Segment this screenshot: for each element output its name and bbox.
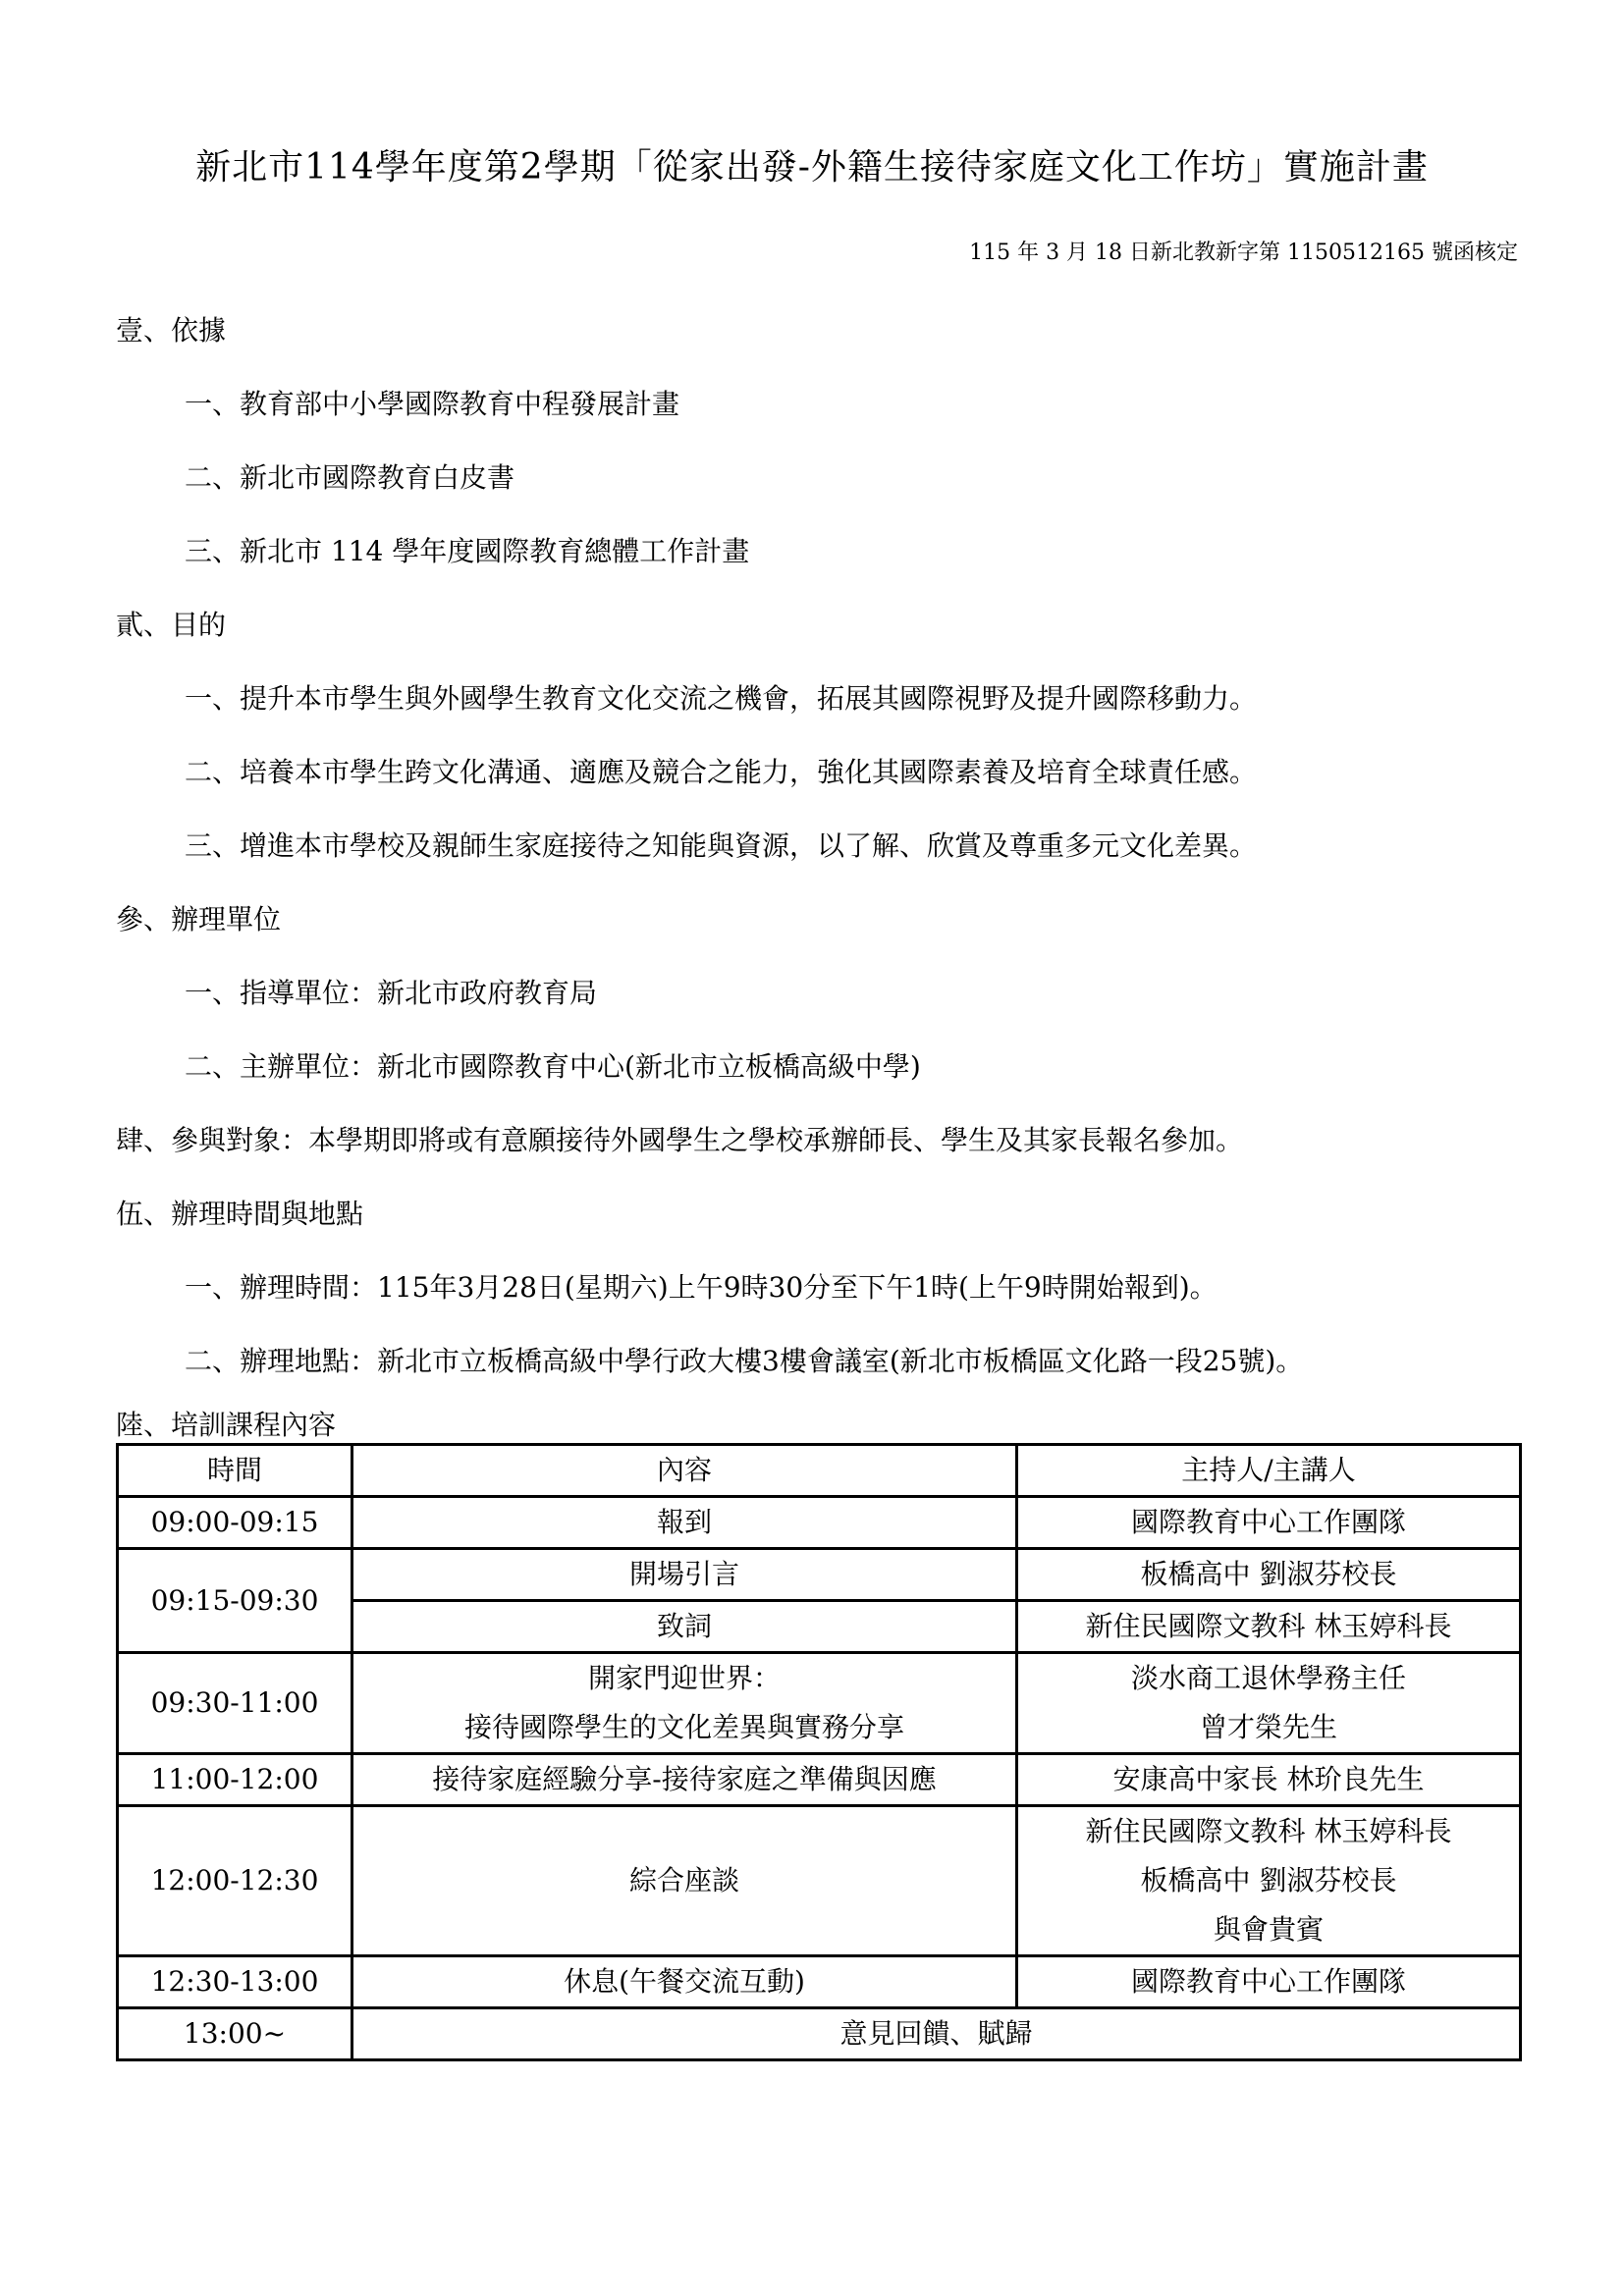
cell-content: 開場引言	[352, 1549, 1017, 1601]
cell-host: 板橋高中 劉淑芬校長	[1017, 1549, 1521, 1601]
cell-host: 國際教育中心工作團隊	[1017, 1956, 1521, 2008]
cell-host: 國際教育中心工作團隊	[1017, 1497, 1521, 1549]
list-item: 二、辦理地點：新北市立板橋高級中學行政大樓3樓會議室(新北市板橋區文化路一段25…	[185, 1340, 1303, 1379]
list-item: 三、新北市 114 學年度國際教育總體工作計畫	[185, 530, 749, 569]
list-item: 二、培養本市學生跨文化溝通、適應及競合之能力，強化其國際素養及培育全球責任感。	[185, 751, 1257, 790]
cell-time: 12:00-12:30	[118, 1806, 352, 1956]
section-heading: 陸、培訓課程內容	[116, 1404, 336, 1443]
list-item: 三、增進本市學校及親師生家庭接待之知能與資源，以了解、欣賞及尊重多元文化差異。	[185, 825, 1257, 864]
table-row: 09:15-09:30 開場引言 板橋高中 劉淑芬校長	[118, 1549, 1521, 1601]
cell-time: 09:15-09:30	[118, 1549, 352, 1653]
cell-host: 淡水商工退休學務主任 曾才榮先生	[1017, 1653, 1521, 1754]
cell-time: 12:30-13:00	[118, 1956, 352, 2008]
cell-time: 09:00-09:15	[118, 1497, 352, 1549]
table-row: 12:30-13:00 休息(午餐交流互動) 國際教育中心工作團隊	[118, 1956, 1521, 2008]
cell-host: 新住民國際文教科 林玉婷科長 板橋高中 劉淑芬校長 與會貴賓	[1017, 1806, 1521, 1956]
cell-content: 接待家庭經驗分享-接待家庭之準備與因應	[352, 1754, 1017, 1806]
host-line: 板橋高中 劉淑芬校長	[1018, 1856, 1519, 1905]
table-row: 09:30-11:00 開家門迎世界： 接待國際學生的文化差異與實務分享 淡水商…	[118, 1653, 1521, 1754]
table-header-row: 時間 內容 主持人/主講人	[118, 1445, 1521, 1497]
section-heading: 貳、目的	[116, 604, 226, 643]
content-line: 開家門迎世界：	[353, 1654, 1015, 1703]
cell-time: 11:00-12:00	[118, 1754, 352, 1806]
table-row: 13:00~ 意見回饋、賦歸	[118, 2008, 1521, 2060]
header-host: 主持人/主講人	[1017, 1445, 1521, 1497]
section-heading: 參、辦理單位	[116, 898, 281, 937]
content-line: 接待國際學生的文化差異與實務分享	[353, 1703, 1015, 1752]
cell-host: 安康高中家長 林玠良先生	[1017, 1754, 1521, 1806]
cell-time: 13:00~	[118, 2008, 352, 2060]
header-time: 時間	[118, 1445, 352, 1497]
table-row: 12:00-12:30 綜合座談 新住民國際文教科 林玉婷科長 板橋高中 劉淑芬…	[118, 1806, 1521, 1956]
section-heading: 伍、辦理時間與地點	[116, 1193, 363, 1232]
list-item: 一、辦理時間：115年3月28日(星期六)上午9時30分至下午1時(上午9時開始…	[185, 1266, 1218, 1306]
table-row: 09:00-09:15 報到 國際教育中心工作團隊	[118, 1497, 1521, 1549]
schedule-table: 時間 內容 主持人/主講人 09:00-09:15 報到 國際教育中心工作團隊 …	[116, 1443, 1522, 2061]
document-title: 新北市114學年度第2學期「從家出發-外籍生接待家庭文化工作坊」實施計畫	[0, 139, 1624, 189]
cell-content: 致詞	[352, 1601, 1017, 1653]
list-item: 一、指導單位：新北市政府教育局	[185, 972, 597, 1011]
list-item: 二、新北市國際教育白皮書	[185, 456, 514, 496]
list-item: 二、主辦單位：新北市國際教育中心(新北市立板橋高級中學)	[185, 1045, 921, 1085]
cell-content: 休息(午餐交流互動)	[352, 1956, 1017, 2008]
host-line: 淡水商工退休學務主任	[1018, 1654, 1519, 1703]
table-row: 11:00-12:00 接待家庭經驗分享-接待家庭之準備與因應 安康高中家長 林…	[118, 1754, 1521, 1806]
section-heading: 壹、依據	[116, 309, 226, 348]
cell-host: 新住民國際文教科 林玉婷科長	[1017, 1601, 1521, 1653]
host-line: 與會貴賓	[1018, 1905, 1519, 1954]
list-item: 一、提升本市學生與外國學生教育文化交流之機會，拓展其國際視野及提升國際移動力。	[185, 677, 1257, 717]
cell-content: 開家門迎世界： 接待國際學生的文化差異與實務分享	[352, 1653, 1017, 1754]
header-content: 內容	[352, 1445, 1017, 1497]
list-item: 一、教育部中小學國際教育中程發展計畫	[185, 383, 679, 422]
host-line: 曾才榮先生	[1018, 1703, 1519, 1752]
cell-content: 意見回饋、賦歸	[352, 2008, 1521, 2060]
section-heading: 肆、參與對象：本學期即將或有意願接待外國學生之學校承辦師長、學生及其家長報名參加…	[116, 1119, 1243, 1158]
cell-content: 報到	[352, 1497, 1017, 1549]
cell-content: 綜合座談	[352, 1806, 1017, 1956]
cell-time: 09:30-11:00	[118, 1653, 352, 1754]
approval-note: 115 年 3 月 18 日新北教新字第 1150512165 號函核定	[969, 236, 1518, 266]
host-line: 新住民國際文教科 林玉婷科長	[1018, 1807, 1519, 1856]
